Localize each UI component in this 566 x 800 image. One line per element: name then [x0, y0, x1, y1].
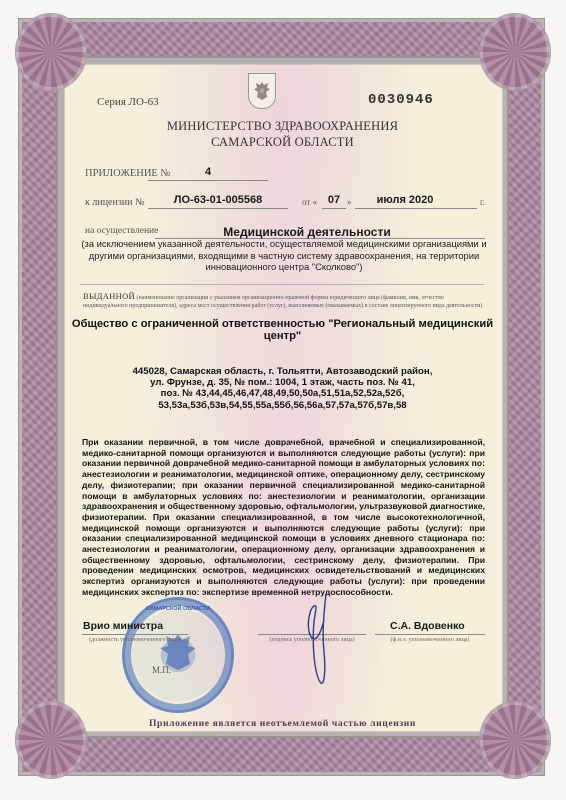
footer-note: Приложение является неотъемлемой частью … — [64, 718, 501, 729]
date-prefix: от « — [302, 197, 317, 207]
date-mid: » — [347, 197, 352, 207]
license-month-year: июля 2020 — [355, 194, 455, 206]
official-seal-icon: САМАРСКОЙ ОБЛАСТИ — [122, 597, 234, 713]
corner-rosette-icon — [480, 14, 550, 90]
ministry-line-1: МИНИСТЕРСТВО ЗДРАВООХРАНЕНИЯ — [64, 118, 501, 134]
address-line: поз. № 43,44,45,46,47,48,49,50,50а,51,51… — [64, 388, 501, 399]
issued-label-block: ВЫДАННОЙ (наименование организации с ука… — [83, 292, 487, 310]
appendix-underline — [148, 180, 268, 181]
corner-rosette-icon — [16, 14, 86, 90]
corner-rosette-icon — [480, 702, 550, 778]
date-day-underline — [322, 208, 346, 209]
services-description: При оказании первичной, в том числе довр… — [82, 437, 485, 598]
handwritten-signature-icon — [300, 592, 340, 692]
appendix-number: 4 — [148, 166, 268, 178]
license-label: к лицензии № — [85, 197, 145, 208]
seal-text: САМАРСКОЙ ОБЛАСТИ — [125, 606, 231, 612]
date-month-underline — [355, 208, 477, 209]
coat-of-arms-icon — [248, 73, 276, 109]
activity-exclusion: (за исключением указанной деятельности, … — [70, 238, 498, 273]
signatory-position: Врио министра — [83, 620, 163, 632]
serial-number: 0030946 — [368, 92, 434, 108]
ministry-line-2: САМАРСКОЙ ОБЛАСТИ — [64, 134, 501, 150]
license-number-underline — [148, 208, 288, 209]
issued-label: ВЫДАННОЙ — [83, 291, 135, 301]
stamp-place-label: М.П. — [152, 665, 171, 675]
position-caption: (должность уполномоченного лица) — [82, 637, 188, 643]
name-caption: (ф.и.о. уполномоченного лица) — [375, 637, 485, 643]
address-block: 445028, Самарская область, г. Тольятти, … — [64, 366, 501, 411]
ministry-title: МИНИСТЕРСТВО ЗДРАВООХРАНЕНИЯ САМАРСКОЙ О… — [64, 118, 501, 150]
address-line: 445028, Самарская область, г. Тольятти, … — [64, 366, 501, 377]
address-line: 53,53а,53б,53в,54,55,55а,55б,56,56а,57,5… — [64, 400, 501, 411]
organization-name: Общество с ограниченной ответственностью… — [64, 318, 501, 342]
issued-hint: (наименование организации с указанием ор… — [83, 295, 482, 309]
series-label: Серия ЛО-63 — [97, 96, 159, 108]
position-line — [82, 634, 188, 635]
section-divider — [80, 284, 484, 285]
activity-value: Медицинской деятельности — [137, 225, 477, 239]
license-day: 07 — [322, 194, 346, 206]
address-line: ул. Фрунзе, д. 35, № пом.: 1004, 1 этаж,… — [64, 377, 501, 388]
signatory-name: С.А. Вдовенко — [390, 620, 465, 632]
license-number: ЛО-63-01-005568 — [148, 194, 288, 206]
name-line — [375, 634, 485, 635]
corner-rosette-icon — [16, 702, 86, 778]
year-suffix: г. — [480, 197, 485, 207]
